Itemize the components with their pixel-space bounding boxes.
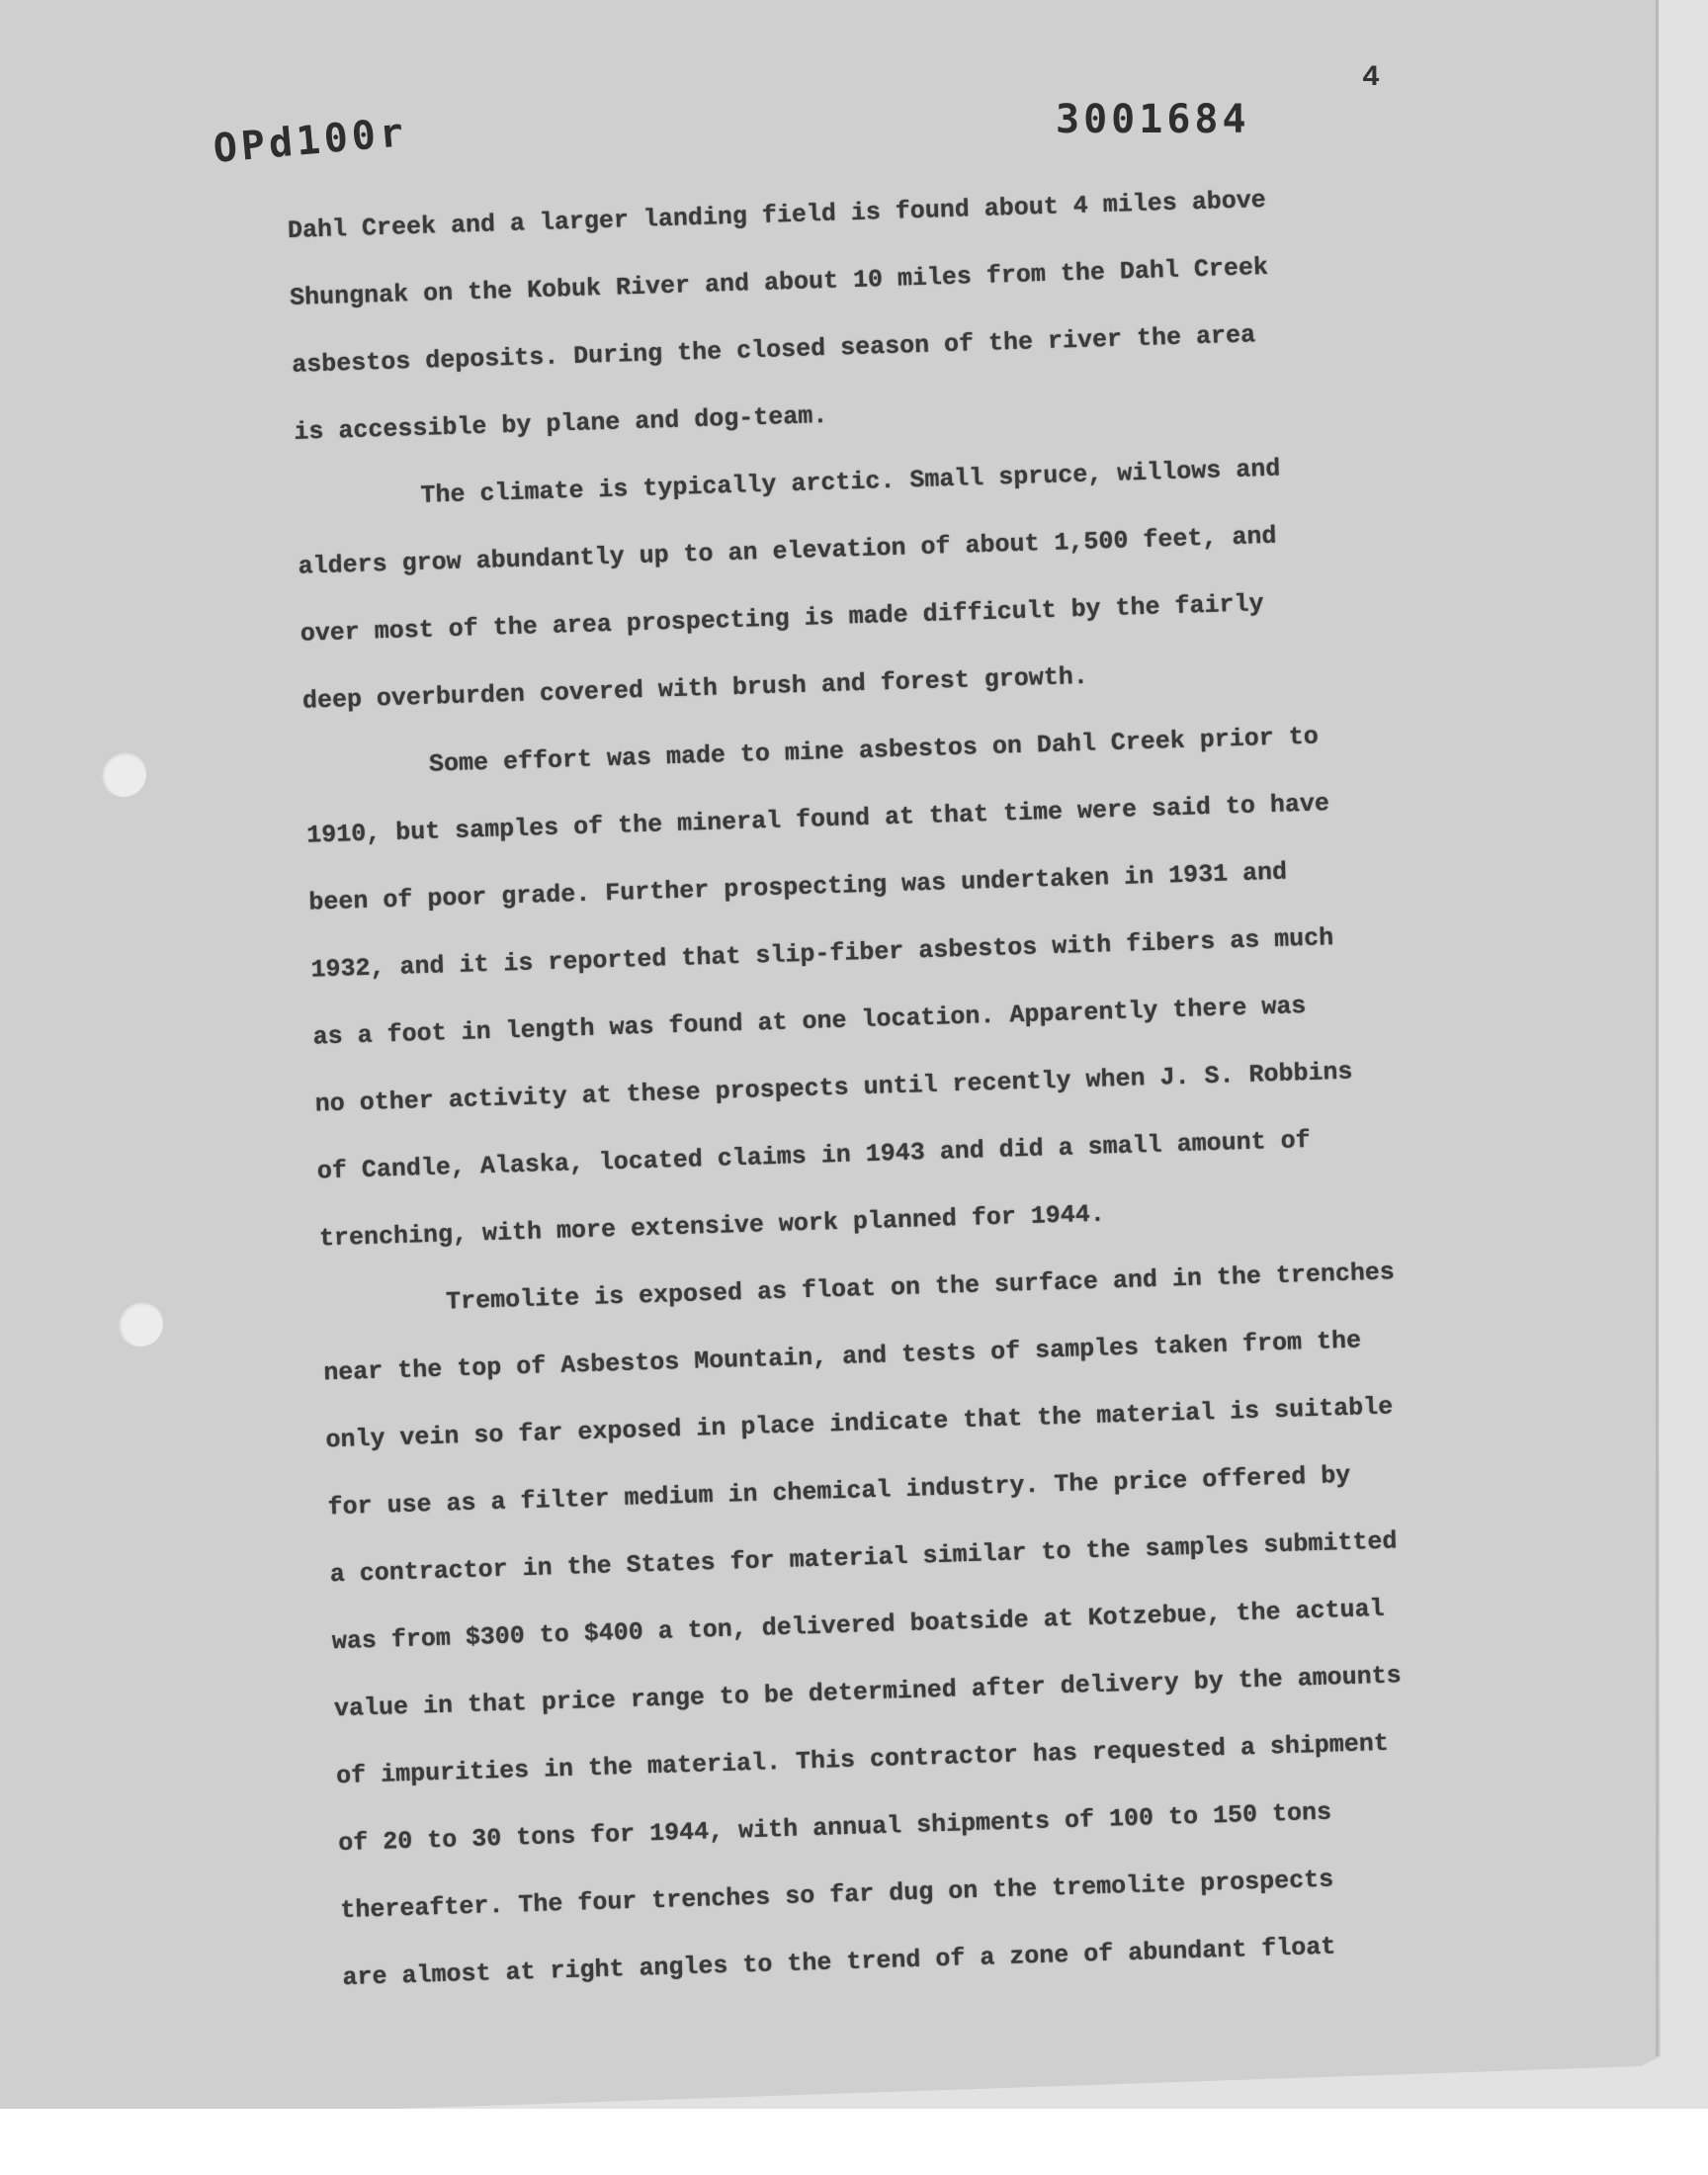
paragraph-4: Tremolite is exposed as float on the sur… <box>320 1234 1588 2012</box>
punch-hole-upper <box>101 751 146 797</box>
paragraph-3: Some effort was made to mine asbestos on… <box>303 696 1565 1272</box>
page-edge <box>1656 0 1659 2056</box>
body-text: Dahl Creek and a larger landing field is… <box>287 158 1588 2012</box>
page-number: 4 <box>1362 61 1380 95</box>
paragraph-1: Dahl Creek and a larger landing field is… <box>287 158 1540 466</box>
document-code-stamp-right: 3001684 <box>1056 97 1250 142</box>
paragraph-2: The climate is typically arctic. Small s… <box>296 427 1549 735</box>
punch-hole-lower <box>118 1301 163 1347</box>
